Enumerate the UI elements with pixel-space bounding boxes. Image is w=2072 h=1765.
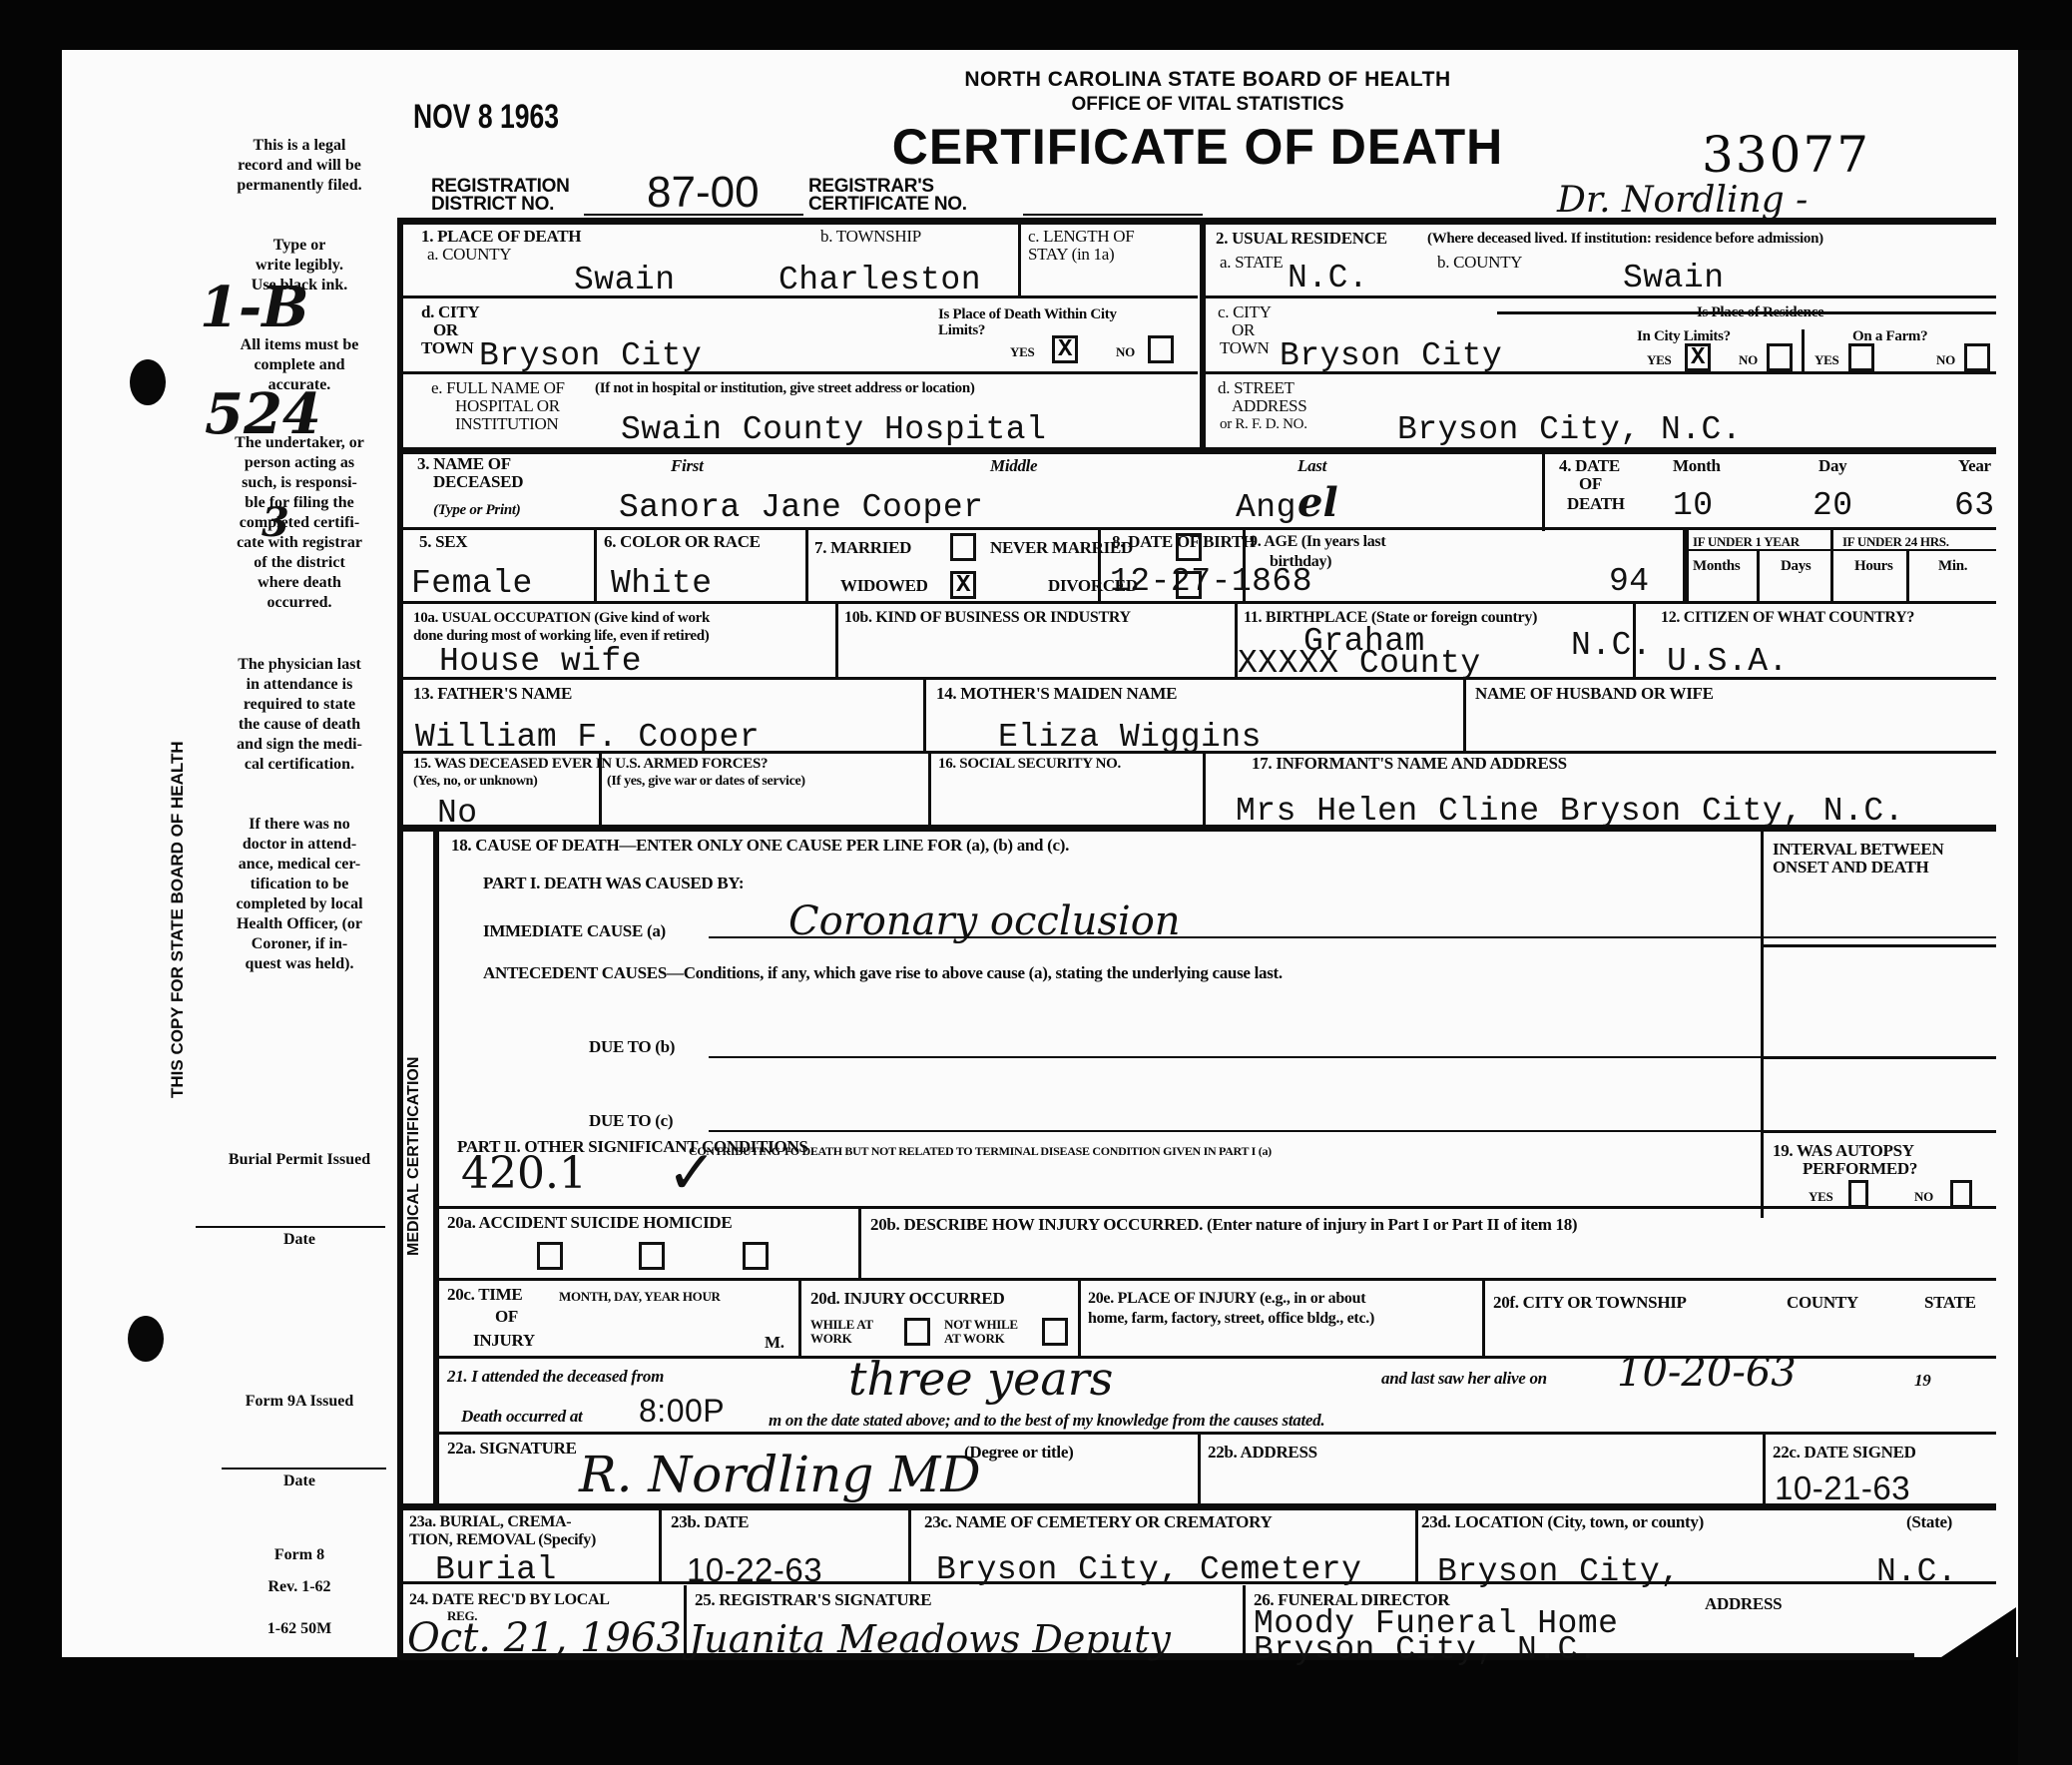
- place-city-value: Bryson City: [479, 339, 702, 373]
- field-label: 8. DATE OF BIRTH: [1112, 533, 1256, 551]
- field-label: Month: [1673, 457, 1721, 475]
- text-line: cate with registrar: [200, 533, 399, 553]
- date-label: Date: [200, 1230, 399, 1250]
- autopsy-yes-checkbox[interactable]: [1848, 1180, 1868, 1208]
- registration-district-value: 87-00: [647, 168, 760, 218]
- field-label: 23d. LOCATION (City, town, or county): [1421, 1513, 1704, 1531]
- scan-border-right: [2018, 50, 2072, 1765]
- field-label: NO: [1936, 353, 1955, 367]
- field-label: and last saw her alive on: [1381, 1370, 1547, 1388]
- field-label: 4. DATE: [1559, 457, 1620, 475]
- vertical-rule: [1542, 451, 1545, 531]
- deceased-last-name-value: Ang: [1236, 491, 1296, 525]
- field-label: Day: [1818, 457, 1846, 475]
- while-at-work-checkbox[interactable]: [904, 1318, 930, 1346]
- field-label: home, farm, factory, street, office bldg…: [1088, 1310, 1374, 1328]
- within-city-yes-checkbox[interactable]: [1052, 335, 1078, 363]
- field-label: DUE TO (c): [589, 1112, 673, 1130]
- field-label: birthday): [1270, 553, 1331, 571]
- vertical-rule: [908, 1509, 911, 1583]
- vertical-rule: [1200, 218, 1206, 449]
- race-value: White: [611, 567, 713, 601]
- citizen-value: U.S.A.: [1667, 645, 1789, 679]
- death-year-value: 63: [1954, 489, 1995, 523]
- field-label: 20d. INJURY OCCURRED: [810, 1290, 1004, 1308]
- horizontal-rule: [399, 447, 1996, 454]
- text-line: Type or: [200, 236, 399, 256]
- punch-hole-icon: [128, 1316, 164, 1362]
- field-label: 22c. DATE SIGNED: [1773, 1444, 1916, 1462]
- horizontal-rule: [399, 527, 1996, 530]
- mother-value: Eliza Wiggins: [998, 721, 1262, 755]
- field-label: OR: [433, 321, 458, 339]
- field-label: MONTH, DAY, YEAR HOUR: [559, 1290, 721, 1304]
- horizontal-rule: [439, 1278, 1996, 1281]
- text-line: required to state: [200, 695, 399, 715]
- horizontal-rule: [222, 1468, 386, 1470]
- field-label: (Degree or title): [964, 1444, 1073, 1462]
- field-label: 22b. ADDRESS: [1208, 1444, 1317, 1462]
- field-label: (If yes, give war or dates of service): [607, 773, 805, 791]
- vertical-rule: [1761, 829, 1764, 1218]
- form-revision: Rev. 1-62: [200, 1577, 399, 1597]
- horizontal-rule: [1685, 549, 1996, 551]
- page-fold-corner: [1926, 1607, 2016, 1667]
- field-label: b. TOWNSHIP: [820, 228, 921, 246]
- field-label: 14. MOTHER'S MAIDEN NAME: [936, 685, 1177, 703]
- autopsy-no-checkbox[interactable]: [1950, 1180, 1972, 1208]
- deceased-last-name-handwritten: el: [1297, 479, 1338, 526]
- field-label: 2. USUAL RESIDENCE: [1216, 230, 1387, 248]
- married-checkbox[interactable]: [950, 533, 976, 561]
- horizontal-rule: [709, 1056, 1996, 1058]
- field-label: c. LENGTH OF: [1028, 228, 1134, 246]
- field-label: ADDRESS: [1705, 1595, 1782, 1613]
- homicide-checkbox[interactable]: [743, 1242, 769, 1270]
- vertical-rule: [433, 829, 439, 1507]
- field-label: NAME OF HUSBAND OR WIFE: [1475, 685, 1714, 703]
- field-label: 10b. KIND OF BUSINESS OR INDUSTRY: [844, 609, 1131, 627]
- horizontal-rule: [1763, 944, 1996, 947]
- vertical-rule: [397, 218, 403, 1659]
- field-label: INJURY: [473, 1332, 535, 1350]
- burial-value: Burial: [435, 1553, 557, 1587]
- vertical-rule: [1830, 529, 1833, 603]
- field-label: WIDOWED: [840, 577, 928, 595]
- field-label: Last: [1297, 457, 1326, 475]
- funeral-address-value: Bryson City, N.C.: [1254, 1633, 1598, 1667]
- birthplace-line2-value: XXXXX County: [1238, 647, 1481, 681]
- certificate-number: 33077: [1702, 126, 1870, 184]
- vertical-rule: [1763, 1434, 1766, 1507]
- vertical-rule: [1415, 1509, 1418, 1583]
- field-label: DECEASED: [433, 473, 523, 491]
- field-label: m on the date stated above; and to the b…: [769, 1412, 1324, 1430]
- field-label: 19. WAS AUTOPSY: [1773, 1142, 1914, 1160]
- field-label: 25. REGISTRAR'S SIGNATURE: [695, 1591, 931, 1609]
- sidebar-note: This is a legalrecord and will bepermane…: [200, 136, 399, 196]
- field-label: PART I. DEATH WAS CAUSED BY:: [483, 875, 744, 892]
- text-line: person acting as: [200, 453, 399, 473]
- vertical-rule: [1802, 329, 1805, 371]
- vertical-rule: [659, 1509, 662, 1583]
- field-label: 3. NAME OF: [417, 455, 511, 473]
- text-line: If there was no: [200, 815, 399, 835]
- vertical-rule: [928, 753, 931, 827]
- field-label: 13. FATHER'S NAME: [413, 685, 572, 703]
- field-label: 20f. CITY OR TOWNSHIP: [1493, 1294, 1687, 1312]
- field-label: Hours: [1854, 557, 1893, 575]
- registrar-signature: Juanita Meadows Deputy: [689, 1617, 1171, 1661]
- suicide-checkbox[interactable]: [639, 1242, 665, 1270]
- occupation-value: House wife: [439, 645, 642, 679]
- field-label: NO: [1739, 353, 1758, 367]
- field-label: NOT WHILE AT WORK: [944, 1318, 1034, 1346]
- field-label: (Yes, no, or unknown): [413, 773, 538, 791]
- sidebar-note: The undertaker, orperson acting assuch, …: [200, 433, 399, 613]
- text-line: completed certifi-: [200, 513, 399, 533]
- text-line: in attendance is: [200, 675, 399, 695]
- field-label: STAY (in 1a): [1028, 246, 1114, 264]
- field-label: 17. INFORMANT'S NAME AND ADDRESS: [1252, 755, 1567, 773]
- field-label: In City Limits?: [1637, 327, 1731, 345]
- age-value: 94: [1609, 565, 1650, 599]
- field-label: TOWN: [421, 339, 473, 357]
- field-label: YES: [1010, 345, 1034, 359]
- checkmark-icon: ✓: [667, 1138, 717, 1208]
- vertical-rule: [805, 529, 808, 603]
- field-label: (Type or Print): [433, 501, 520, 519]
- field-label: ADDRESS: [1232, 397, 1306, 415]
- field-label: Is Place of Residence: [1697, 303, 1823, 321]
- field-label: TOWN: [1220, 339, 1269, 357]
- residence-street-value: Bryson City, N.C.: [1397, 413, 1742, 447]
- text-line: ble for filing the: [200, 493, 399, 513]
- vertical-rule: [684, 1585, 687, 1657]
- residence-city-value: Bryson City: [1280, 339, 1502, 373]
- field-label: 10a. USUAL OCCUPATION (Give kind of work: [413, 609, 710, 627]
- widowed-checkbox[interactable]: [950, 571, 976, 599]
- horizontal-rule: [1763, 1130, 1996, 1133]
- field-label: 7. MARRIED: [814, 539, 911, 557]
- within-city-no-checkbox[interactable]: [1148, 335, 1174, 363]
- hospital-value: Swain County Hospital: [621, 413, 1046, 447]
- field-label: (Where deceased lived. If institution: r…: [1427, 230, 1823, 248]
- text-line: complete and: [200, 355, 399, 375]
- text-line: record and will be: [200, 156, 399, 176]
- cemetery-value: Bryson City, Cemetery: [936, 1553, 1361, 1587]
- horizontal-rule: [1023, 214, 1203, 216]
- field-label: c. CITY: [1218, 303, 1272, 321]
- field-label: INTERVAL BETWEEN: [1773, 841, 1943, 859]
- registrars-certificate-label: CERTIFICATE NO.: [808, 196, 967, 214]
- death-day-value: 20: [1813, 489, 1853, 523]
- field-label: CONTRIBUTING TO DEATH BUT NOT RELATED TO…: [689, 1144, 1272, 1158]
- field-label: a. STATE: [1220, 254, 1283, 272]
- field-label: 16. SOCIAL SECURITY NO.: [938, 755, 1121, 773]
- field-label: IF UNDER 1 YEAR: [1693, 535, 1800, 549]
- text-line: occurred.: [200, 593, 399, 613]
- vertical-rule: [1906, 551, 1909, 603]
- on-farm-yes-checkbox[interactable]: [1848, 343, 1874, 371]
- place-county-value: Swain: [574, 264, 676, 297]
- field-label: 18. CAUSE OF DEATH—ENTER ONLY ONE CAUSE …: [451, 837, 1069, 855]
- field-label: STATE: [1924, 1294, 1976, 1312]
- place-township-value: Charleston: [778, 264, 981, 297]
- vertical-rule: [798, 1280, 801, 1358]
- field-label: HOSPITAL OR: [455, 397, 560, 415]
- text-line: completed by local: [200, 894, 399, 914]
- last-saw-value: 10-20-63: [1617, 1350, 1797, 1396]
- field-label: PERFORMED?: [1803, 1160, 1917, 1178]
- handwritten-code: 3: [261, 499, 289, 546]
- in-city-limits-no-checkbox[interactable]: [1767, 343, 1793, 371]
- location-state-value: N.C.: [1876, 1555, 1957, 1589]
- field-label: Min.: [1938, 557, 1967, 575]
- horizontal-rule: [196, 1226, 385, 1228]
- field-label: 20e. PLACE OF INJURY (e.g., in or about: [1088, 1290, 1365, 1308]
- in-city-limits-yes-checkbox[interactable]: [1685, 343, 1711, 371]
- page-title: CERTIFICATE OF DEATH: [798, 118, 1597, 176]
- not-while-at-work-checkbox[interactable]: [1042, 1318, 1068, 1346]
- physician-signature: R. Nordling MD: [579, 1446, 981, 1503]
- location-city-value: Bryson City,: [1437, 1555, 1681, 1589]
- field-label: OF: [495, 1308, 518, 1326]
- field-label: e. FULL NAME OF: [431, 379, 565, 397]
- field-label: 20b. DESCRIBE HOW INJURY OCCURRED. (Ente…: [870, 1216, 1577, 1234]
- vertical-rule: [1198, 1434, 1201, 1507]
- on-farm-no-checkbox[interactable]: [1964, 343, 1990, 371]
- text-line: cal certification.: [200, 755, 399, 775]
- text-line: doctor in attend-: [200, 835, 399, 855]
- date-label: Date: [200, 1471, 399, 1491]
- field-label: 5. SEX: [419, 533, 467, 551]
- vertical-rule: [1018, 218, 1021, 297]
- field-label: (State): [1906, 1513, 1952, 1531]
- field-label: Year: [1958, 457, 1991, 475]
- text-line: write legibly.: [200, 256, 399, 276]
- field-label: 23c. NAME OF CEMETERY OR CREMATORY: [924, 1513, 1272, 1531]
- sex-value: Female: [411, 567, 533, 601]
- field-label: b. COUNTY: [1437, 254, 1522, 272]
- field-label: 1. PLACE OF DEATH: [421, 228, 581, 246]
- burial-date-value: 10-22-63: [687, 1553, 822, 1587]
- text-line: Coroner, if in-: [200, 934, 399, 954]
- form-print-run: 1-62 50M: [200, 1619, 399, 1639]
- field-label: DEATH: [1567, 495, 1625, 513]
- text-line: of the district: [200, 553, 399, 573]
- field-label: Middle: [990, 457, 1037, 475]
- vertical-rule: [858, 1208, 861, 1280]
- immediate-cause-value: Coronary occlusion: [788, 898, 1181, 944]
- vertical-rule: [1683, 529, 1689, 603]
- field-label: INSTITUTION: [455, 415, 558, 433]
- field-label: DUE TO (b): [589, 1038, 675, 1056]
- field-label: IF UNDER 24 HRS.: [1842, 535, 1949, 549]
- form-9a-label: Form 9A Issued: [200, 1392, 399, 1412]
- accident-checkbox[interactable]: [537, 1242, 563, 1270]
- field-label: 12. CITIZEN OF WHAT COUNTRY?: [1661, 609, 1914, 627]
- vertical-rule: [1463, 679, 1466, 753]
- field-label: 9. AGE (In years last: [1250, 533, 1385, 551]
- vertical-rule: [1203, 753, 1206, 827]
- field-label: 23a. BURIAL, CREMA-: [409, 1513, 571, 1531]
- text-line: The physician last: [200, 655, 399, 675]
- date-signed-value: 10-21-63: [1775, 1471, 1910, 1505]
- field-label: 21. I attended the deceased from: [447, 1368, 664, 1386]
- horizontal-rule: [709, 1130, 1763, 1132]
- field-label: d. CITY: [421, 303, 479, 321]
- part2-code-value: 420.1: [461, 1148, 587, 1199]
- form-number: Form 8: [200, 1545, 399, 1565]
- residence-county-value: Swain: [1623, 262, 1725, 295]
- field-label: 20c. TIME: [447, 1286, 522, 1304]
- field-label: COUNTY: [1787, 1294, 1858, 1312]
- field-label: YES: [1647, 353, 1671, 367]
- field-label: 24. DATE REC'D BY LOCAL: [409, 1591, 610, 1609]
- field-label: Death occurred at: [461, 1408, 582, 1426]
- field-label: 22a. SIGNATURE: [447, 1440, 577, 1458]
- field-label: YES: [1814, 353, 1838, 367]
- text-line: permanently filed.: [200, 176, 399, 196]
- field-label: NO: [1116, 345, 1135, 359]
- field-label: IMMEDIATE CAUSE (a): [483, 922, 666, 940]
- handwritten-code: 524: [205, 381, 321, 447]
- horizontal-rule: [399, 218, 1996, 225]
- field-label: 6. COLOR OR RACE: [604, 533, 761, 551]
- field-label: ONSET AND DEATH: [1773, 859, 1928, 877]
- field-label: or R. F. D. NO.: [1220, 415, 1307, 433]
- horizontal-rule: [399, 1503, 1996, 1510]
- punch-hole-icon: [130, 359, 166, 405]
- field-label: NO: [1914, 1190, 1933, 1204]
- vertical-copy-label: THIS COPY FOR STATE BOARD OF HEALTH: [168, 741, 188, 1098]
- field-label: Months: [1693, 557, 1740, 575]
- death-time-value: 8:00P: [639, 1394, 725, 1428]
- field-label: TION, REMOVAL (Specify): [409, 1531, 596, 1549]
- field-label: a. COUNTY: [427, 246, 511, 264]
- field-label: 19: [1914, 1372, 1930, 1390]
- death-month-value: 10: [1673, 489, 1714, 523]
- vertical-rule: [1243, 1585, 1246, 1657]
- sidebar-note: If there was nodoctor in attend-ance, me…: [200, 815, 399, 974]
- field-label: OF: [1579, 475, 1602, 493]
- vertical-rule: [594, 529, 597, 603]
- deceased-name-value: Sanora Jane Cooper: [619, 491, 983, 525]
- field-label: d. STREET: [1218, 379, 1295, 397]
- text-line: the cause of death: [200, 715, 399, 735]
- field-label: 15. WAS DECEASED EVER IN U.S. ARMED FORC…: [413, 755, 768, 773]
- residence-state-value: N.C.: [1288, 262, 1368, 295]
- field-label: 23b. DATE: [671, 1513, 749, 1531]
- burial-permit-label: Burial Permit Issued: [200, 1150, 399, 1170]
- field-label: YES: [1809, 1190, 1832, 1204]
- text-line: where death: [200, 573, 399, 593]
- handwritten-code: 1-B: [200, 275, 309, 340]
- father-value: William F. Cooper: [415, 721, 760, 755]
- registration-district-label: DISTRICT NO.: [431, 196, 554, 214]
- field-label: Days: [1781, 557, 1811, 575]
- office-name: OFFICE OF VITAL STATISTICS: [808, 94, 1607, 116]
- field-label: (If not in hospital or institution, give…: [595, 379, 975, 397]
- field-label: First: [671, 457, 704, 475]
- armed-forces-value: No: [437, 797, 478, 831]
- handwritten-note: Dr. Nordling -: [1557, 180, 1808, 221]
- vertical-rule: [1078, 1280, 1081, 1358]
- field-label: OR: [1232, 321, 1255, 339]
- text-line: such, is responsi-: [200, 473, 399, 493]
- medical-certification-label: MEDICAL CERTIFICATION: [405, 1057, 423, 1256]
- text-line: tification to be: [200, 875, 399, 894]
- attended-from-value: three years: [848, 1352, 1113, 1406]
- birthplace-state-value: N.C.: [1571, 629, 1652, 663]
- field-label: WHILE AT WORK: [810, 1318, 890, 1346]
- field-label: 20a. ACCIDENT SUICIDE HOMICIDE: [447, 1214, 732, 1232]
- field-label: ANTECEDENT CAUSES—Conditions, if any, wh…: [483, 964, 1283, 982]
- date-received-value: Oct. 21, 1963: [407, 1615, 682, 1661]
- vertical-rule: [1482, 1280, 1485, 1358]
- informant-value: Mrs Helen Cline Bryson City, N.C.: [1236, 795, 1904, 829]
- text-line: Health Officer, (or: [200, 914, 399, 934]
- field-label: M.: [765, 1334, 784, 1352]
- text-line: This is a legal: [200, 136, 399, 156]
- vertical-rule: [835, 603, 838, 679]
- text-line: and sign the medi-: [200, 735, 399, 755]
- text-line: quest was held).: [200, 954, 399, 974]
- field-label: Limits?: [938, 321, 985, 339]
- vertical-rule: [923, 679, 926, 753]
- sidebar-note: The physician lastin attendance isrequir…: [200, 655, 399, 775]
- board-name: NORTH CAROLINA STATE BOARD OF HEALTH: [808, 68, 1607, 92]
- text-line: ance, medical cer-: [200, 855, 399, 875]
- received-stamp: NOV 8 1963: [413, 98, 559, 137]
- vertical-rule: [1757, 551, 1760, 603]
